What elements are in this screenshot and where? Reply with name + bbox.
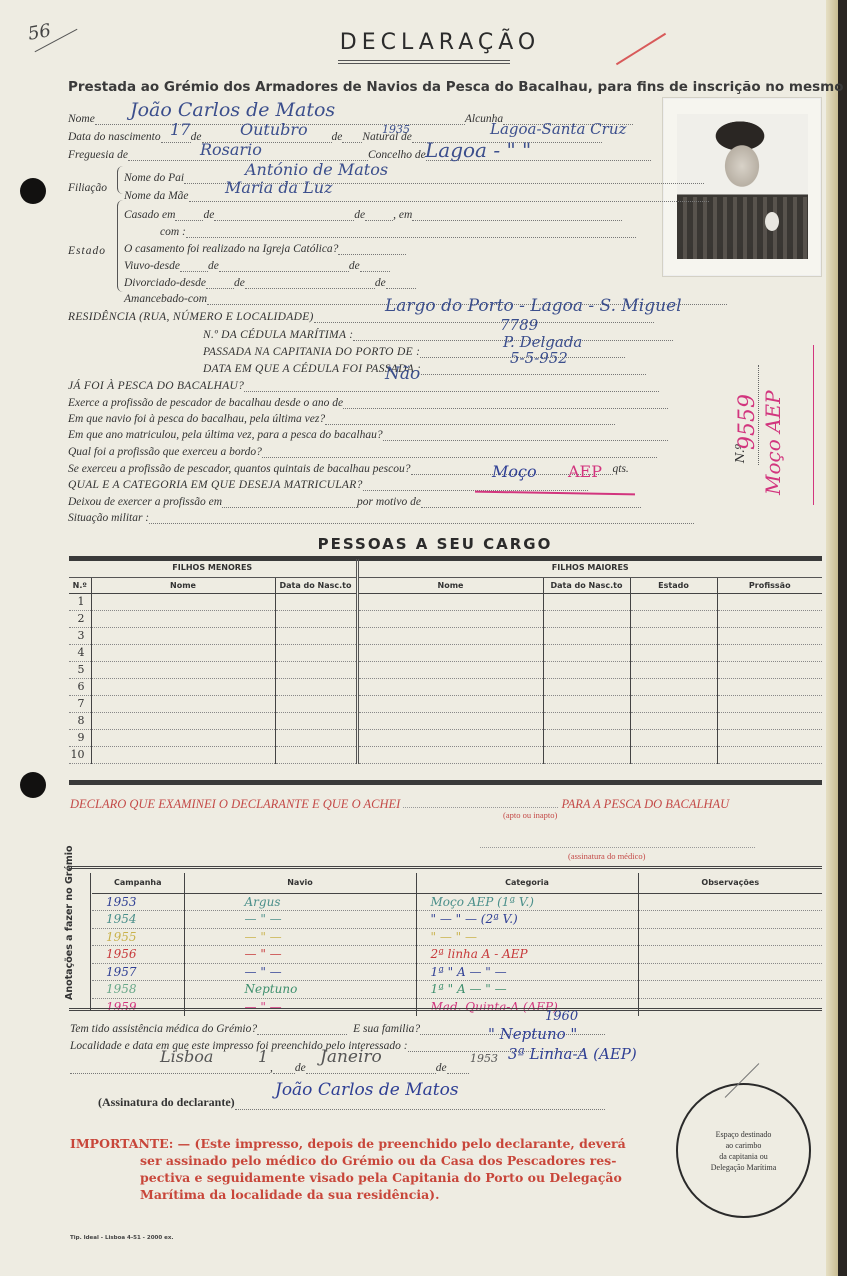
- cell[interactable]: [275, 712, 357, 729]
- deixou-label: Deixou de exercer a profissão em: [68, 496, 222, 508]
- categoria-cell: 2ª linha A - AEP: [416, 946, 638, 964]
- pessoas-title: PESSOAS A SEU CARGO: [0, 535, 847, 553]
- obs-cell[interactable]: [638, 893, 822, 911]
- col-categoria: Categoria: [416, 873, 638, 893]
- viuvo-month-line[interactable]: [219, 261, 349, 272]
- mae-value: Maria da Luz: [225, 178, 333, 197]
- cell[interactable]: [357, 678, 543, 695]
- field-divorciado: Divorciado-desde de de: [124, 277, 416, 289]
- table-row: 10: [69, 746, 822, 763]
- table-row: 5: [69, 661, 822, 678]
- profissao-line[interactable]: [262, 447, 657, 458]
- obs-cell[interactable]: [638, 963, 822, 981]
- page-subtitle: Prestada ao Grémio dos Armadores de Navi…: [68, 79, 844, 95]
- cell[interactable]: [630, 712, 717, 729]
- pink-vertical-line: [813, 345, 814, 505]
- cell[interactable]: [357, 746, 543, 763]
- important-text-3: pectiva e seguidamente visado pela Capit…: [70, 1169, 650, 1186]
- field-pai: Nome do Pai: [124, 172, 704, 184]
- casado-place-line[interactable]: [412, 210, 622, 221]
- cell[interactable]: [717, 661, 822, 678]
- em-label: , em: [393, 209, 412, 221]
- capitania-label: PASSADA NA CAPITANIA DO PORTO DE :: [203, 346, 420, 358]
- navio-cell: — " —: [184, 928, 416, 946]
- field-deixou: Deixou de exercer a profissão em por mot…: [68, 496, 641, 508]
- row-number: 5: [69, 661, 91, 678]
- navio-cell: Neptuno: [184, 981, 416, 999]
- section-rule: [69, 866, 822, 869]
- militar-line[interactable]: [149, 513, 694, 524]
- freguesia-label: Freguesia de: [68, 149, 128, 161]
- cell[interactable]: [91, 729, 275, 746]
- col-profissao: Profissão: [717, 577, 822, 593]
- de-label: de: [436, 1062, 447, 1074]
- campanhas-side-label: Anotações a fazer no Grémio: [64, 870, 75, 1000]
- table-row: 1956 — " — 2ª linha A - AEP: [92, 946, 822, 964]
- year-line[interactable]: [342, 132, 362, 143]
- mae-label: Nome da Mãe: [124, 190, 189, 202]
- cell[interactable]: [630, 627, 717, 644]
- plaid-shirt: [677, 197, 808, 259]
- cell[interactable]: [357, 695, 543, 712]
- campanha-cell: 1956: [92, 946, 184, 964]
- cell[interactable]: [717, 593, 822, 610]
- row-number: 2: [69, 610, 91, 627]
- cell[interactable]: [91, 593, 275, 610]
- title-underline: [338, 60, 510, 64]
- row-number: 10: [69, 746, 91, 763]
- cell[interactable]: [275, 610, 357, 627]
- concelho-value: Lagoa - " ": [425, 138, 531, 162]
- year-value: 1953: [470, 1052, 498, 1065]
- freguesia-value: Rosario: [200, 140, 262, 159]
- id-photo: [662, 97, 822, 277]
- divorciado-month-line[interactable]: [245, 278, 375, 289]
- day-line[interactable]: [273, 1063, 295, 1074]
- cell[interactable]: [543, 593, 630, 610]
- viuvo-day-line[interactable]: [180, 261, 208, 272]
- residencia-label: RESIDÊNCIA (RUA, NÚMERO E LOCALIDADE): [68, 311, 314, 323]
- cell[interactable]: [357, 644, 543, 661]
- nascimento-label: Data do nascimento: [68, 131, 161, 143]
- campanhas-left-rule: [90, 873, 91, 1011]
- cell[interactable]: [543, 610, 630, 627]
- categoria-cell: Mad. Quinta-A (AEP): [416, 998, 638, 1016]
- cell[interactable]: [543, 661, 630, 678]
- cell[interactable]: [717, 610, 822, 627]
- stamp-line-3: da capitania ou: [711, 1151, 777, 1162]
- shirt-badge: [765, 212, 779, 231]
- campanha-cell: 1953: [92, 893, 184, 911]
- cell[interactable]: [543, 746, 630, 763]
- cell[interactable]: [717, 712, 822, 729]
- de-label: de: [354, 209, 365, 221]
- table-row: 1954 — " — " — " — (2ª V.): [92, 911, 822, 929]
- stamp-line-2: ao carimbo: [711, 1140, 777, 1151]
- pai-label: Nome do Pai: [124, 172, 184, 184]
- cell[interactable]: [91, 661, 275, 678]
- row-number: 7: [69, 695, 91, 712]
- de-label: de: [203, 209, 214, 221]
- cell[interactable]: [630, 695, 717, 712]
- pink-underline: [475, 491, 635, 496]
- field-viuvo: Viuvo-desde de de: [124, 260, 390, 272]
- divorciado-label: Divorciado-desde: [124, 277, 206, 289]
- col-nome-menor: Nome: [91, 577, 275, 593]
- deixou-line[interactable]: [222, 497, 357, 508]
- cell[interactable]: [630, 610, 717, 627]
- motivo-line[interactable]: [421, 497, 641, 508]
- stamp-line-4: Delegação Marítima: [711, 1162, 777, 1173]
- amancebado-label: Amancebado-com: [124, 293, 207, 305]
- ja-foi-label: JÁ FOI À PESCA DO BACALHAU?: [68, 380, 244, 392]
- cell[interactable]: [275, 678, 357, 695]
- de-label: de: [234, 277, 245, 289]
- data-cedula-value: 5-5-952: [510, 349, 568, 367]
- divorciado-day-line[interactable]: [206, 278, 234, 289]
- obs-cell[interactable]: [638, 998, 822, 1016]
- table-row: 1: [69, 593, 822, 610]
- campanha-cell: 1954: [92, 911, 184, 929]
- apto-line[interactable]: [403, 797, 558, 808]
- campanha-cell: 1958: [92, 981, 184, 999]
- portrait-image: [677, 114, 808, 259]
- cell[interactable]: [357, 729, 543, 746]
- igreja-label: O casamento foi realizado na Igreja Cató…: [124, 243, 338, 255]
- divorciado-year-line[interactable]: [386, 278, 416, 289]
- navio-cell: — " —: [184, 911, 416, 929]
- categoria-cell: 1ª " A — " —: [416, 963, 638, 981]
- cell[interactable]: [543, 729, 630, 746]
- campaigns-table: Campanha Navio Categoria Observações 195…: [92, 873, 822, 1016]
- cell[interactable]: [357, 627, 543, 644]
- cell[interactable]: [275, 695, 357, 712]
- casado-month-line[interactable]: [214, 210, 354, 221]
- categoria-line[interactable]: [363, 480, 588, 491]
- filiacao-brace: [117, 166, 123, 194]
- de-label: de: [295, 1062, 306, 1074]
- field-cedula: N.º DA CÉDULA MARÍTIMA :: [203, 329, 673, 341]
- table-row: 6: [69, 678, 822, 695]
- declaration-form: 56 DECLARAÇÃO Prestada ao Grémio dos Arm…: [0, 0, 838, 1276]
- table-row: 8: [69, 712, 822, 729]
- row-number: 1: [69, 593, 91, 610]
- month-value: Janeiro: [320, 1047, 382, 1067]
- quintais-unit: qts.: [613, 463, 629, 475]
- casado-label: Casado em: [124, 209, 175, 221]
- cell[interactable]: [275, 729, 357, 746]
- campanhas-bottom-rule: [69, 1008, 822, 1011]
- table-row: 1955 — " — " — " —: [92, 928, 822, 946]
- para-label: PARA A PESCA DO BACALHAU: [562, 797, 730, 811]
- registration-category: Moço AEP: [761, 390, 785, 495]
- field-casado: Casado em de de , em: [124, 209, 622, 221]
- campanha-cell: 1957: [92, 963, 184, 981]
- cell[interactable]: [717, 695, 822, 712]
- cell[interactable]: [630, 678, 717, 695]
- cell[interactable]: [275, 593, 357, 610]
- medico-signature-line[interactable]: [480, 847, 755, 848]
- militar-label: Situação militar :: [68, 512, 149, 524]
- navio-line[interactable]: [325, 414, 615, 425]
- nome-value: João Carlos de Matos: [130, 99, 335, 121]
- row-number: 4: [69, 644, 91, 661]
- quintais-label: Se exerceu a profissão de pescador, quan…: [68, 463, 411, 475]
- field-navio: Em que navio foi à pesca do bacalhau, pe…: [68, 413, 615, 425]
- natural-value: Lagoa-Santa Cruz: [490, 120, 626, 138]
- number-dotted-line: [758, 365, 759, 465]
- col-estado: Estado: [630, 577, 717, 593]
- cell[interactable]: [357, 661, 543, 678]
- ja-foi-line[interactable]: [244, 381, 659, 392]
- row-number: 6: [69, 678, 91, 695]
- assinatura-medico-caption: (assinatura do médico): [568, 851, 645, 861]
- day-value: 1: [258, 1047, 268, 1066]
- navio-label: Em que navio foi à pesca do bacalhau, pe…: [68, 413, 325, 425]
- ano-line[interactable]: [383, 430, 668, 441]
- com-label: com :: [160, 226, 186, 238]
- cell[interactable]: [275, 627, 357, 644]
- cell[interactable]: [91, 644, 275, 661]
- viuvo-year-line[interactable]: [360, 261, 390, 272]
- obs-cell[interactable]: [638, 946, 822, 964]
- cell[interactable]: [717, 644, 822, 661]
- birth-month-value: Outubro: [240, 120, 308, 139]
- categoria-value-1: Moço: [492, 462, 537, 481]
- campanha-cell: 1955: [92, 928, 184, 946]
- pai-value: António de Matos: [245, 160, 388, 179]
- campanha-cell: 1959: [92, 998, 184, 1016]
- cell[interactable]: [357, 610, 543, 627]
- cell[interactable]: [543, 678, 630, 695]
- cell[interactable]: [91, 627, 275, 644]
- estado-label: Estado: [68, 245, 106, 257]
- obs-cell[interactable]: [638, 981, 822, 999]
- assinatura-line[interactable]: [235, 1099, 605, 1110]
- birth-year-value: 1935: [382, 123, 410, 136]
- exerce-line[interactable]: [343, 398, 668, 409]
- punch-hole: [20, 178, 46, 204]
- dependents-table: FILHOS MENORES FILHOS MAIORES N.º Nome D…: [69, 559, 822, 764]
- cell[interactable]: [275, 746, 357, 763]
- com-line[interactable]: [186, 227, 636, 238]
- local-value: Lisboa: [160, 1047, 213, 1066]
- table-row: 1959 — " — Mad. Quinta-A (AEP): [92, 998, 822, 1016]
- page-edge: [826, 0, 838, 1276]
- apto-caption: (apto ou inapto): [503, 810, 557, 820]
- viuvo-label: Viuvo-desde: [124, 260, 180, 272]
- page-title: DECLARAÇÃO: [0, 30, 847, 55]
- col-numero: N.º: [69, 577, 91, 593]
- ja-foi-value: Não: [385, 364, 420, 384]
- estado-brace: [117, 200, 123, 292]
- exerce-label: Exerce a profissão de pescador de bacalh…: [68, 397, 343, 409]
- table-row: 9: [69, 729, 822, 746]
- important-text-1: (Este impresso, depois de preenchido pel…: [195, 1136, 626, 1151]
- assistencia-line[interactable]: [257, 1024, 347, 1035]
- categoria-cell: 1ª " A — " —: [416, 981, 638, 999]
- cell[interactable]: [630, 593, 717, 610]
- col-campanha: Campanha: [92, 873, 184, 893]
- declarante-signature: João Carlos de Matos: [275, 1080, 459, 1100]
- ano-label: Em que ano matriculou, pela última vez, …: [68, 429, 383, 441]
- col-nasc-maior: Data do Nasc.to: [543, 577, 630, 593]
- assistencia-label: Tem tido assistência médica do Grémio?: [70, 1023, 257, 1035]
- cell[interactable]: [717, 729, 822, 746]
- cell[interactable]: [91, 610, 275, 627]
- stamp-line-1: Espaço destinado: [711, 1129, 777, 1140]
- igreja-line[interactable]: [338, 244, 406, 255]
- col-navio: Navio: [184, 873, 416, 893]
- field-profissao: Qual foi a profissão que exerceu a bordo…: [68, 446, 657, 458]
- categoria-label: QUAL E A CATEGORIA EM QUE DESEJA MATRICU…: [68, 479, 363, 491]
- cell[interactable]: [630, 729, 717, 746]
- table-row: 1953 Argus Moço AEP (1ª V.): [92, 893, 822, 911]
- cell[interactable]: [717, 678, 822, 695]
- filhos-maiores-header: FILHOS MAIORES: [357, 559, 822, 577]
- motivo-label: por motivo de: [357, 496, 421, 508]
- categoria-value-2: AEP: [568, 462, 602, 481]
- field-ja-foi: JÁ FOI À PESCA DO BACALHAU?: [68, 380, 659, 392]
- navio-cell: — " —: [184, 963, 416, 981]
- categoria-cell: Moço AEP (1ª V.): [416, 893, 638, 911]
- categoria-note: 3ª Linha-A (AEP): [508, 1045, 637, 1063]
- year-note: 1960: [545, 1009, 578, 1024]
- cell[interactable]: [91, 746, 275, 763]
- field-militar: Situação militar :: [68, 512, 694, 524]
- cell[interactable]: [543, 627, 630, 644]
- field-quintais: Se exerceu a profissão de pescador, quan…: [68, 463, 629, 475]
- assinatura-label: (Assinatura do declarante): [98, 1095, 235, 1110]
- row-number: 3: [69, 627, 91, 644]
- familia-label: E sua familia?: [347, 1023, 420, 1035]
- cell[interactable]: [275, 661, 357, 678]
- cell[interactable]: [357, 593, 543, 610]
- punch-hole: [20, 772, 46, 798]
- field-exerce: Exerce a profissão de pescador de bacalh…: [68, 397, 668, 409]
- navio-cell: — " —: [184, 998, 416, 1016]
- navio-cell: Argus: [184, 893, 416, 911]
- cell[interactable]: [630, 661, 717, 678]
- declaro-label: DECLARO QUE EXAMINEI O DECLARANTE E QUE …: [70, 797, 400, 811]
- categoria-cell: " — " —: [416, 928, 638, 946]
- table-row: 1957 — " — 1ª " A — " —: [92, 963, 822, 981]
- field-igreja: O casamento foi realizado na Igreja Cató…: [124, 243, 406, 255]
- filiacao-label: Filiação: [68, 182, 107, 194]
- cell[interactable]: [543, 712, 630, 729]
- side-registration-number: N.º 9559 Moço AEP: [733, 345, 843, 475]
- cell[interactable]: [357, 712, 543, 729]
- field-data-cedula: DATA EM QUE A CÉDULA FOI PASSADA :: [203, 363, 646, 375]
- de-label: de: [208, 260, 219, 272]
- navio-note: " Neptuno ": [488, 1025, 577, 1043]
- cedula-label: N.º DA CÉDULA MARÍTIMA :: [203, 329, 353, 341]
- printer-footer: Tip. Ideal - Lisboa 4-51 - 2000 ex.: [70, 1235, 173, 1241]
- filhos-menores-header: FILHOS MENORES: [69, 559, 357, 577]
- nome-label: Nome: [68, 113, 95, 125]
- cell[interactable]: [717, 746, 822, 763]
- medical-declaration: DECLARO QUE EXAMINEI O DECLARANTE E QUE …: [70, 797, 729, 812]
- cell[interactable]: [91, 678, 275, 695]
- cell[interactable]: [630, 746, 717, 763]
- year-line[interactable]: [447, 1063, 469, 1074]
- obs-cell[interactable]: [638, 928, 822, 946]
- row-number: 8: [69, 712, 91, 729]
- table-row: 3: [69, 627, 822, 644]
- field-com: com :: [160, 226, 636, 238]
- row-number: 9: [69, 729, 91, 746]
- cell[interactable]: [717, 627, 822, 644]
- col-observacoes: Observações: [638, 873, 822, 893]
- table-row: 1958 Neptuno 1ª " A — " —: [92, 981, 822, 999]
- cell[interactable]: [91, 695, 275, 712]
- table-row: 7: [69, 695, 822, 712]
- table-row: 2: [69, 610, 822, 627]
- profissao-label: Qual foi a profissão que exerceu a bordo…: [68, 446, 262, 458]
- birth-day-value: 17: [170, 120, 190, 139]
- casado-year-line[interactable]: [365, 210, 393, 221]
- table-row: 4: [69, 644, 822, 661]
- field-ano: Em que ano matriculou, pela última vez, …: [68, 429, 668, 441]
- de-label: de: [349, 260, 360, 272]
- table-bottom-rule: [69, 780, 822, 785]
- stamp-area: Espaço destinado ao carimbo da capitania…: [676, 1083, 811, 1218]
- obs-cell[interactable]: [638, 911, 822, 929]
- col-nasc-menor: Data do Nasc.to: [275, 577, 357, 593]
- col-nome-maior: Nome: [357, 577, 543, 593]
- registration-number: 9559: [735, 394, 760, 450]
- field-mae: Nome da Mãe: [124, 190, 709, 202]
- residencia-value: Largo do Porto - Lagoa - S. Miguel: [385, 296, 682, 316]
- de-label: de: [375, 277, 386, 289]
- cell[interactable]: [543, 695, 630, 712]
- important-lead: IMPORTANTE: —: [70, 1136, 190, 1151]
- cell[interactable]: [275, 644, 357, 661]
- de-label: de: [332, 131, 343, 143]
- cell[interactable]: [543, 644, 630, 661]
- cell[interactable]: [91, 712, 275, 729]
- cell[interactable]: [630, 644, 717, 661]
- important-notice: IMPORTANTE: — (Este impresso, depois de …: [70, 1135, 650, 1203]
- field-local-data: , de de: [70, 1062, 469, 1074]
- important-text-2: ser assinado pelo médico do Grémio ou da…: [70, 1152, 650, 1169]
- casado-day-line[interactable]: [175, 210, 203, 221]
- navio-cell: — " —: [184, 946, 416, 964]
- cedula-value: 7789: [500, 316, 538, 334]
- important-text-4: Marítima da localidade da sua residência…: [70, 1186, 650, 1203]
- categoria-cell: " — " — (2ª V.): [416, 911, 638, 929]
